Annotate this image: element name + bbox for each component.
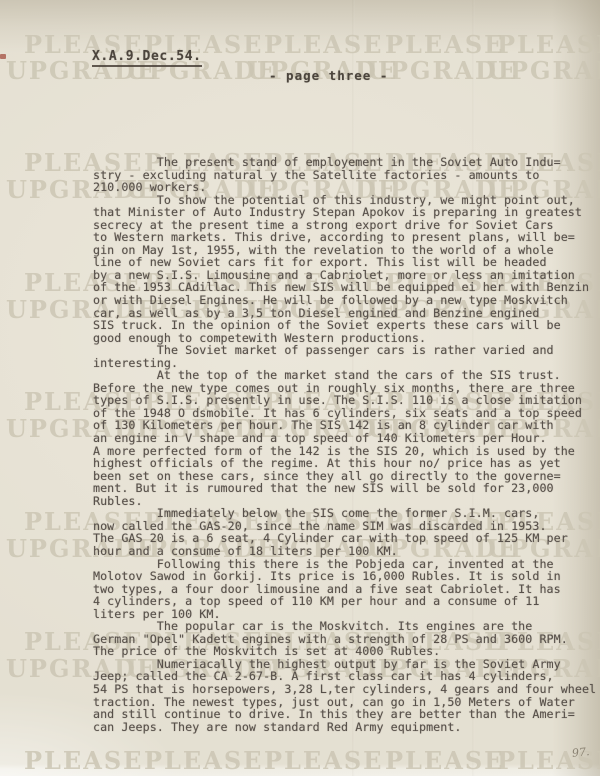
watermark-word: PLEASE [144,749,263,773]
scanned-document-page: PLEASEPLEASEPLEASEPLEASEPLEASEPLEASEPLEA… [0,0,600,776]
red-ink-mark [0,54,6,59]
watermark-word: PLEASE [24,749,143,773]
watermark-word: PLEASE [264,749,383,773]
watermark-word: PLEASE [264,33,383,57]
pencil-page-number: 97. [571,745,590,760]
watermark-word: PLEASE [497,33,600,57]
page-heading: - page three - [269,68,388,83]
watermark-word: UPGRADE [487,59,600,83]
watermark-word: PLEASE [385,33,504,57]
document-body-text: The present stand of employement in the … [93,156,596,733]
watermark-word: UPGRADE [367,59,518,83]
document-reference: X.A.9.Dec.54. [92,49,202,67]
watermark-word: PLEASE [385,749,504,773]
